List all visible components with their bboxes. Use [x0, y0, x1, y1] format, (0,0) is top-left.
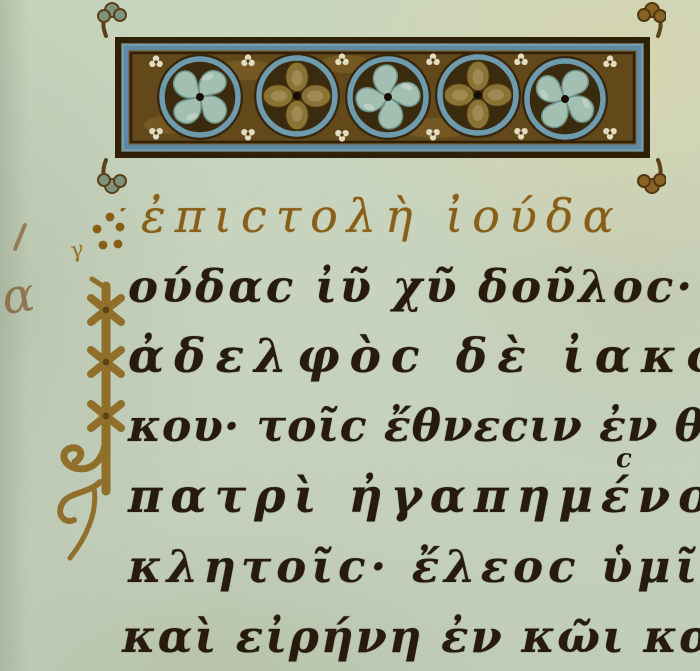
medallion-rosette-3 — [345, 54, 431, 140]
medallion-rosette-4 — [435, 52, 521, 138]
text-line: πατρὶ ἠγαπημένοι — [128, 462, 700, 532]
title-epistle-of-jude: ἐπιϲτολὴ ἰούδα — [141, 189, 623, 243]
corner-leaf-top-right — [638, 3, 666, 36]
medallion-rosette-5 — [522, 56, 608, 142]
text-line: ἀδελφὸϲ δὲ ἰακώ — [128, 322, 700, 392]
corner-leaf-top-left — [98, 3, 126, 36]
quincunx-dots-ornament — [88, 208, 134, 258]
text-line: ούδαϲ ἰῦ χῦ δοῦλοϲ· — [128, 252, 700, 322]
title-flourish-mark: γ — [67, 237, 86, 264]
text-line: κου· τοῖϲ ἔθνεϲιν ἐν θῶι — [128, 392, 700, 462]
text-line: κλητοῖϲ· ἔλεοϲ ὑμῖν — [128, 532, 700, 602]
margin-mark-stroke — [13, 222, 28, 251]
superscript-sigma: ϲ — [616, 444, 632, 474]
medallion-rosette-1 — [157, 54, 243, 140]
corner-leaf-bottom-right — [638, 160, 666, 193]
text-line: καὶ εἰρήνη ἐν κῶι καὶ ἀ — [122, 602, 700, 671]
corner-leaf-bottom-left — [98, 160, 126, 193]
margin-mark-letter: α — [0, 266, 38, 326]
headpiece-ornament — [96, 0, 666, 195]
manuscript-page: ἐπιϲτολὴ ἰούδα γ α ούδαϲ ἰῦ χῦ δοῦλοϲ — [0, 0, 700, 671]
medallion-rosette-2 — [254, 53, 340, 139]
text-block: ούδαϲ ἰῦ χῦ δοῦλοϲ· ἀδελφὸϲ δὲ ἰακώ κου·… — [128, 252, 700, 671]
